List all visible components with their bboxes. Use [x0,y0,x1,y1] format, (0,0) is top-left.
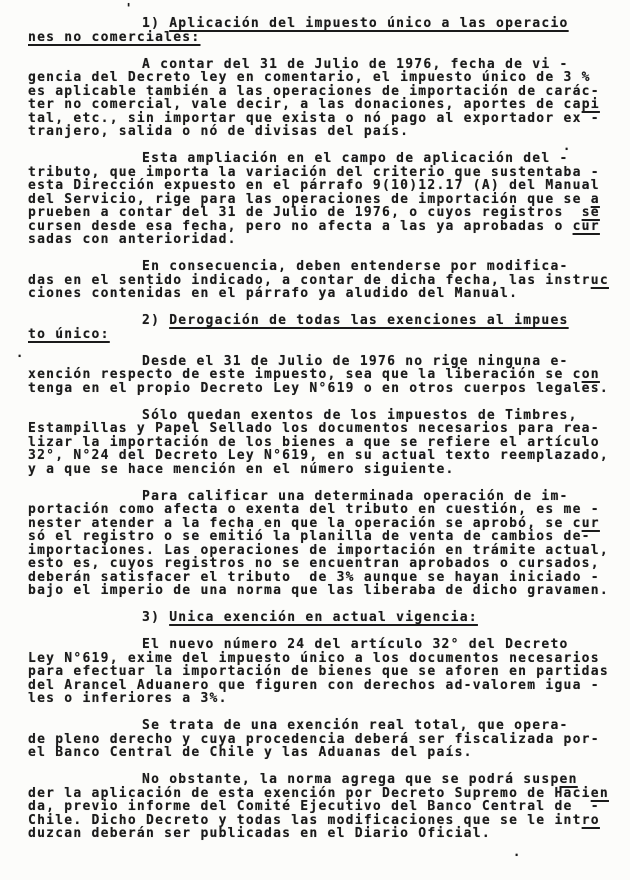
text-segment: tenga en el propio Decreto Ley N°619 o e… [28,381,609,396]
text-line: tenga en el propio Decreto Ley N°619 o e… [28,382,630,396]
text-line: En consecuencia, deben entenderse por mo… [28,260,630,274]
underlined-text: ro [582,813,600,828]
text-segment: bajo el imperio de una norma que las lib… [28,583,609,598]
scan-artifact: ' [125,2,133,16]
text-line: ciones contenidas en el párrafo ya aludi… [28,287,630,301]
underlined-text: to único: [28,327,110,342]
text-line: tranjero, salida o nó de divisas del paí… [28,125,630,139]
text-line: para efectuar la importación de bienes q… [28,665,630,679]
text-line: lizar la importación de los bienes a que… [28,436,630,450]
text-segment: 3) [142,610,169,625]
text-segment: el Banco Central de Chile y las Aduanas … [28,745,473,760]
text-line: der la aplicación de esta exención por D… [28,787,630,801]
text-segment: tranjero, salida o nó de divisas del paí… [28,124,409,139]
paragraph: El nuevo número 24 del artículo 32° del … [28,638,630,706]
text-line: 1) Aplicación del impuesto único a las o… [28,17,630,31]
text-line: deberán satisfacer el tributo de 3% aunq… [28,571,630,585]
text-line: del Servicio, rige para las operaciones … [28,193,630,207]
text-line: Se trata de una exención real total, que… [28,719,630,733]
section-heading: 2) Derogación de todas las exenciones al… [28,314,630,341]
text-line: só el registro o se emitió la planilla d… [28,530,630,544]
text-line: A contar del 31 de Julio de 1976, fecha … [28,58,630,72]
text-line: de pleno derecho y cuya procedencia debe… [28,733,630,747]
text-line: gencia del Decreto ley en comentario, el… [28,71,630,85]
paragraph: Se trata de una exención real total, que… [28,719,630,760]
text-line: Para calificar una determinada operación… [28,490,630,504]
text-segment: 2) [142,313,169,328]
text-line: Ley N°619, exime del impuesto único a lo… [28,652,630,666]
scan-artifact: . [513,846,521,860]
paragraph: Desde el 31 de Julio de 1976 no rige nin… [28,355,630,396]
paragraph: Sólo quedan exentos de los impuestos de … [28,409,630,477]
text-line: ter no comercial, vale decir, a las dona… [28,98,630,112]
paragraph: En consecuencia, deben entenderse por mo… [28,260,630,301]
text-line: tributo, que importa la variación del cr… [28,166,630,180]
paragraph: A contar del 31 de Julio de 1976, fecha … [28,58,630,139]
text-line: Sólo quedan exentos de los impuestos de … [28,409,630,423]
text-line: 2) Derogación de todas las exenciones al… [28,314,630,328]
underlined-text: Aplicación del impuesto único a las oper… [169,16,568,31]
text-line: nes no comerciales: [28,31,630,45]
text-line: El nuevo número 24 del artículo 32° del … [28,638,630,652]
text-line: esto es, cuyos registros no se encuentra… [28,557,630,571]
text-segment: ciones contenidas en el párrafo ya aludi… [28,286,518,301]
text-line: bajo el imperio de una norma que las lib… [28,584,630,598]
underlined-text: uc [591,273,609,288]
text-line: sadas con anterioridad. [28,233,630,247]
underlined-text: cur [573,219,600,234]
text-line: Estampillas y Papel Sellado los document… [28,422,630,436]
underlined-text: Unica exención en actual vigencia: [169,610,478,625]
text-line: duzcan deberán ser publicadas en el Diar… [28,827,630,841]
text-line: xención respecto de este impuesto, sea q… [28,368,630,382]
paragraph: Esta ampliación en el campo de aplicació… [28,152,630,247]
paragraph: No obstante, la norma agrega que se podr… [28,773,630,841]
section-heading: 1) Aplicación del impuesto único a las o… [28,17,630,44]
text-segment: sadas con anterioridad. [28,232,237,247]
text-line: cursen desde esa fecha, pero no afecta a… [28,220,630,234]
text-line: y a que se hace mención en el número sig… [28,463,630,477]
scan-artifact: . [563,140,571,154]
section-heading: 3) Unica exención en actual vigencia: [28,611,630,625]
text-line: Esta ampliación en el campo de aplicació… [28,152,630,166]
text-line: del Arancel Aduanero que figuren con der… [28,679,630,693]
text-line: el Banco Central de Chile y las Aduanas … [28,746,630,760]
text-segment: y a que se hace mención en el número sig… [28,462,455,477]
text-line: Desde el 31 de Julio de 1976 no rige nin… [28,355,630,369]
document-page: 1) Aplicación del impuesto único a las o… [0,0,630,880]
text-line: 3) Unica exención en actual vigencia: [28,611,630,625]
underlined-text: Derogación de todas las exenciones al im… [169,313,568,328]
text-line: esta Dirección expuesto en el párrafo 9(… [28,179,630,193]
text-segment: les o inferiores a 3%. [28,691,228,706]
text-line: prueben a contar del 31 de Julio de 1976… [28,206,630,220]
scan-artifact: . [16,347,24,361]
text-line: Chile. Dicho Decreto y todas las modific… [28,814,630,828]
text-line: importaciones. Las operaciones de import… [28,544,630,558]
text-segment: duzcan deberán ser publicadas en el Diar… [28,826,491,841]
text-line: das en el sentido indicado, a contar de … [28,274,630,288]
text-line: nester atender a la fecha en que la oper… [28,517,630,531]
text-line: No obstante, la norma agrega que se podr… [28,773,630,787]
text-line: tal, etc., sin importar que exista o nó … [28,112,630,126]
text-line: da, previo informe del Comité Ejecutivo … [28,800,630,814]
underlined-text: nes no comerciales: [28,30,200,45]
text-line: to único: [28,328,630,342]
text-line: les o inferiores a 3%. [28,692,630,706]
text-line: portación como afecta o exenta del tribu… [28,503,630,517]
text-line: 32°, N°24 del Decreto Ley N°619, en su a… [28,449,630,463]
paragraph: Para calificar una determinada operación… [28,490,630,598]
text-line: es aplicable también a las operaciones d… [28,85,630,99]
